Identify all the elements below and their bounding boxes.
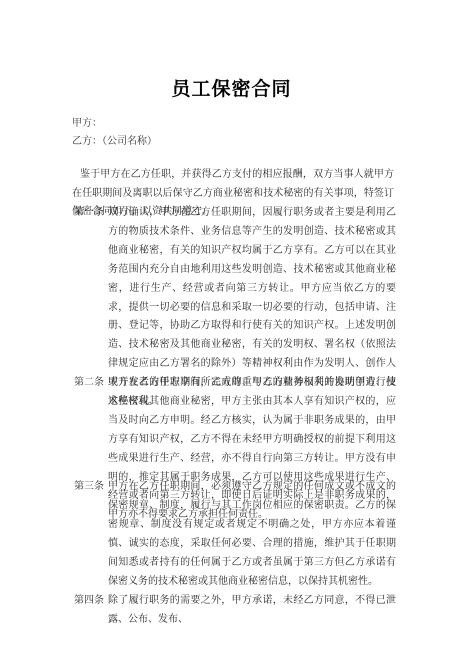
party-b-label: 乙方：（公司名称） <box>72 132 157 147</box>
clause-text: 甲方在乙方任职期间，必须遵守乙方规定的任何成文或不成文的保密规章、制度，履行与其… <box>108 478 396 591</box>
clause-4: 第四条 除了履行职务的需要之外，甲方承诺，未经乙方同意，不得已泄露、公布、发布、 <box>74 592 396 630</box>
clause-text: 除了履行职务的需要之外，甲方承诺，未经乙方同意，不得已泄露、公布、发布、 <box>108 592 396 630</box>
clause-3: 第三条 甲方在乙方任职期间，必须遵守乙方规定的任何成文或不成文的保密规章、制度，… <box>74 478 396 591</box>
clause-number: 第三条 <box>74 478 108 591</box>
clause-number: 第四条 <box>74 592 108 630</box>
party-a-label: 甲方： <box>72 114 102 129</box>
document-title: 员工保密合同 <box>0 74 463 101</box>
document-page: 员工保密合同 甲方： 乙方：（公司名称） 鉴于甲方在乙方任职，并获得乙方支付的相… <box>0 0 463 655</box>
